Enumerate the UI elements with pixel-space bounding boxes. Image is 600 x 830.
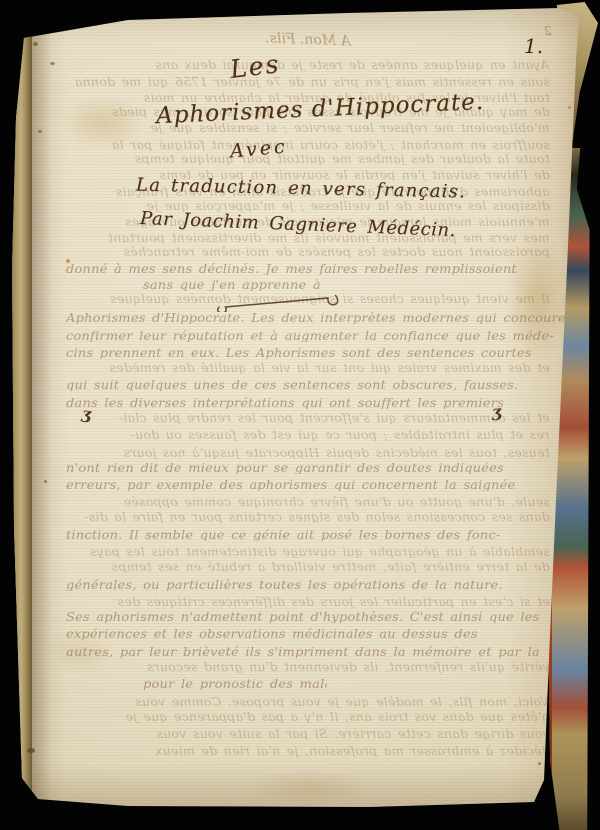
bleedthrough-line: sous en ressentis mais j'en pris un de 7…: [54, 76, 550, 88]
bleedthrough-line: souffrois en marchant ; j'étois couru in…: [54, 139, 550, 151]
bleedthrough-line: vérité qu'ils renferment, ils deviennent…: [54, 661, 550, 673]
manuscript-line: erreurs, par exemple des aphorismes qui …: [66, 479, 576, 491]
ink-speck: [44, 480, 47, 483]
bleedthrough-line: dissipois les ennuis de la vieillesse ; …: [54, 200, 550, 212]
bleedthrough-line: paroissoient nous doctes les pensées de …: [54, 246, 550, 258]
bleedthrough-line: et si c'est en particulier les jours des…: [54, 596, 550, 608]
bleedthrough-line: et les commentateurs qui s'efforcent pou…: [54, 412, 550, 424]
manuscript-line: cins prennent en eux. Les Aphorismes son…: [66, 347, 576, 359]
bleedthrough-line: Ayant en quelques années de reste je dem…: [75, 59, 550, 71]
manuscript-line: n'ont rien dit de mieux pour se garantir…: [66, 462, 576, 474]
manuscript-line: générales, ou particulières toutes les o…: [66, 579, 576, 591]
ink-speck: [22, 14, 27, 17]
bleedthrough-line: de la terre entière faite, mettre vieill…: [54, 561, 550, 573]
manuscript-line: expériences et les observations médicina…: [66, 628, 576, 640]
ink-speck: [33, 42, 38, 46]
manuscript-line: tinction. Il semble que ce génie ait pos…: [66, 529, 576, 541]
bleedthrough-line: décidez à embrasser ma profession, je n'…: [54, 745, 550, 757]
bleedthrough-line: dans ses concessions selon des signes ce…: [54, 511, 550, 523]
manuscript-line: sans que j'en apprenne à voir.: [143, 279, 327, 291]
manuscript-line: donné à mes sens déclinés. Je mes faires…: [66, 263, 576, 275]
bleedthrough-line: seule, d'une goutte ou d'une fièvre chro…: [54, 496, 550, 508]
manuscript-line: Aphorismes d'Hippocrate. Les deux interp…: [66, 312, 576, 324]
manuscript-line: Ses aphorismes n'admettent point d'hypot…: [66, 611, 576, 623]
manuscript-line: confirmer leur réputation et à augmenter…: [66, 330, 576, 342]
ink-speck: [66, 259, 70, 263]
book-photo-scene: A Mon. Fils. 2 1. Ayant en quelques anné…: [0, 0, 600, 830]
bleedthrough-line: vous dirige dans cette carrière. Si par …: [54, 728, 550, 740]
manuscript-line: qui suit quelques unes de ces sentences …: [66, 379, 576, 391]
bleedthrough-line: res et plus intraitables ; pour ce qui e…: [54, 429, 550, 441]
ink-speck: [568, 106, 571, 109]
margin-ink-mark-right: ʒ: [491, 402, 501, 422]
ink-speck: [38, 130, 42, 133]
bleedthrough-line: m'obligeoient me refuser leur service ; …: [54, 122, 550, 134]
section-divider-flourish: [213, 292, 343, 312]
manuscript-line: autres, par leur brièveté ils s'imprimen…: [66, 646, 576, 658]
bleedthrough-line: Voici, mon fils, le modèle que je vous p…: [75, 696, 550, 708]
bleedthrough-line: et des maximes vraies qui ont sur la vie…: [54, 362, 550, 374]
bleedthrough-line: n'êtes que dans vos trois ans, il n'y a …: [54, 711, 550, 723]
ink-speck: [538, 762, 541, 765]
ink-speck: [27, 748, 35, 753]
title-les: Les: [228, 49, 281, 84]
manuscript-line: pour le pronostic des maladies.: [143, 678, 327, 690]
ink-speck: [50, 62, 55, 65]
bleedthrough-line: toute la douleur des jambes me quittoit …: [54, 153, 550, 165]
bleedthrough-line: semblable à un géographe qui ouvrage dis…: [54, 546, 550, 558]
manuscript-page: A Mon. Fils. 2 1. Ayant en quelques anné…: [8, 8, 584, 808]
bleedthrough-line: teuses, tous les médecins depuis Hippocr…: [54, 447, 550, 459]
